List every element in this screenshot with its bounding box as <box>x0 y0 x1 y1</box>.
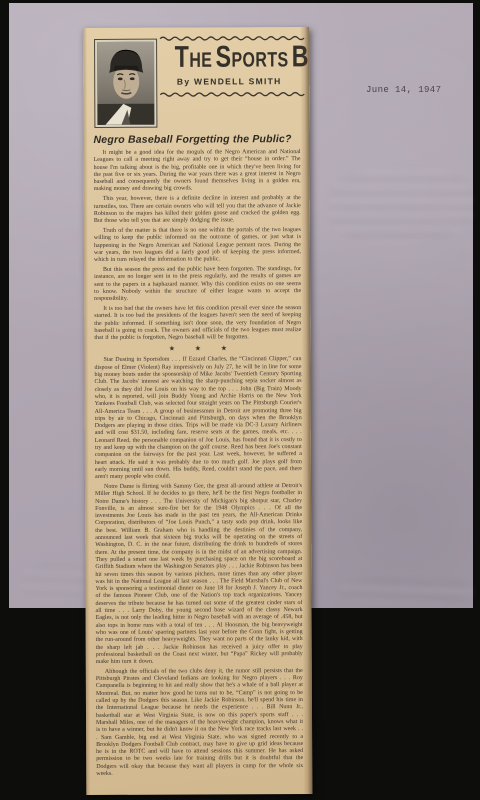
bleed-through-marks <box>339 578 474 604</box>
masthead-block: TheSportsBeat By WENDELL SMITH <box>159 35 299 98</box>
article-paragraph: Notre Dame is flirting with Sammy Gee, t… <box>95 483 303 666</box>
section-divider: ★ ★ ★ <box>94 344 301 353</box>
column-title: TheSportsBeat <box>173 41 285 76</box>
scanned-scrapbook-page: June 14, 1947 <box>0 0 480 800</box>
column-title-word: The <box>175 42 213 76</box>
article-paragraph: Although the officials of the two clubs … <box>96 668 303 778</box>
article-headline: Negro Baseball Forgetting the Public? <box>93 133 300 146</box>
portrait-illustration <box>97 42 154 125</box>
article-body: It might be a good idea for the moguls o… <box>94 149 304 778</box>
article-paragraph: This year, however, there is a definite … <box>94 195 301 225</box>
bleed-through-marks <box>328 165 476 245</box>
clipping-content: TheSportsBeat By WENDELL SMITH Negro Bas… <box>93 31 303 791</box>
article-paragraph: Truth of the matter is that there is no … <box>94 227 301 264</box>
article-paragraph: But this season the press and the public… <box>94 266 301 303</box>
article-paragraph: It might be a good idea for the moguls o… <box>94 149 301 194</box>
wavy-rule-bottom-icon <box>159 91 309 98</box>
column-title-word: Sports <box>215 41 288 76</box>
newspaper-clipping: TheSportsBeat By WENDELL SMITH Negro Bas… <box>83 27 312 795</box>
article-paragraph: It is too bad that the owners have let t… <box>94 305 301 342</box>
wendell-smith-portrait <box>95 40 156 127</box>
bleed-through-marks <box>21 563 91 603</box>
date-stamp: June 14, 1947 <box>366 85 441 95</box>
article-paragraph: Star Dusting in Sportsdom . . . If Ezzar… <box>94 356 302 481</box>
byline: By WENDELL SMITH <box>159 76 299 87</box>
column-masthead: TheSportsBeat By WENDELL SMITH <box>93 31 300 128</box>
